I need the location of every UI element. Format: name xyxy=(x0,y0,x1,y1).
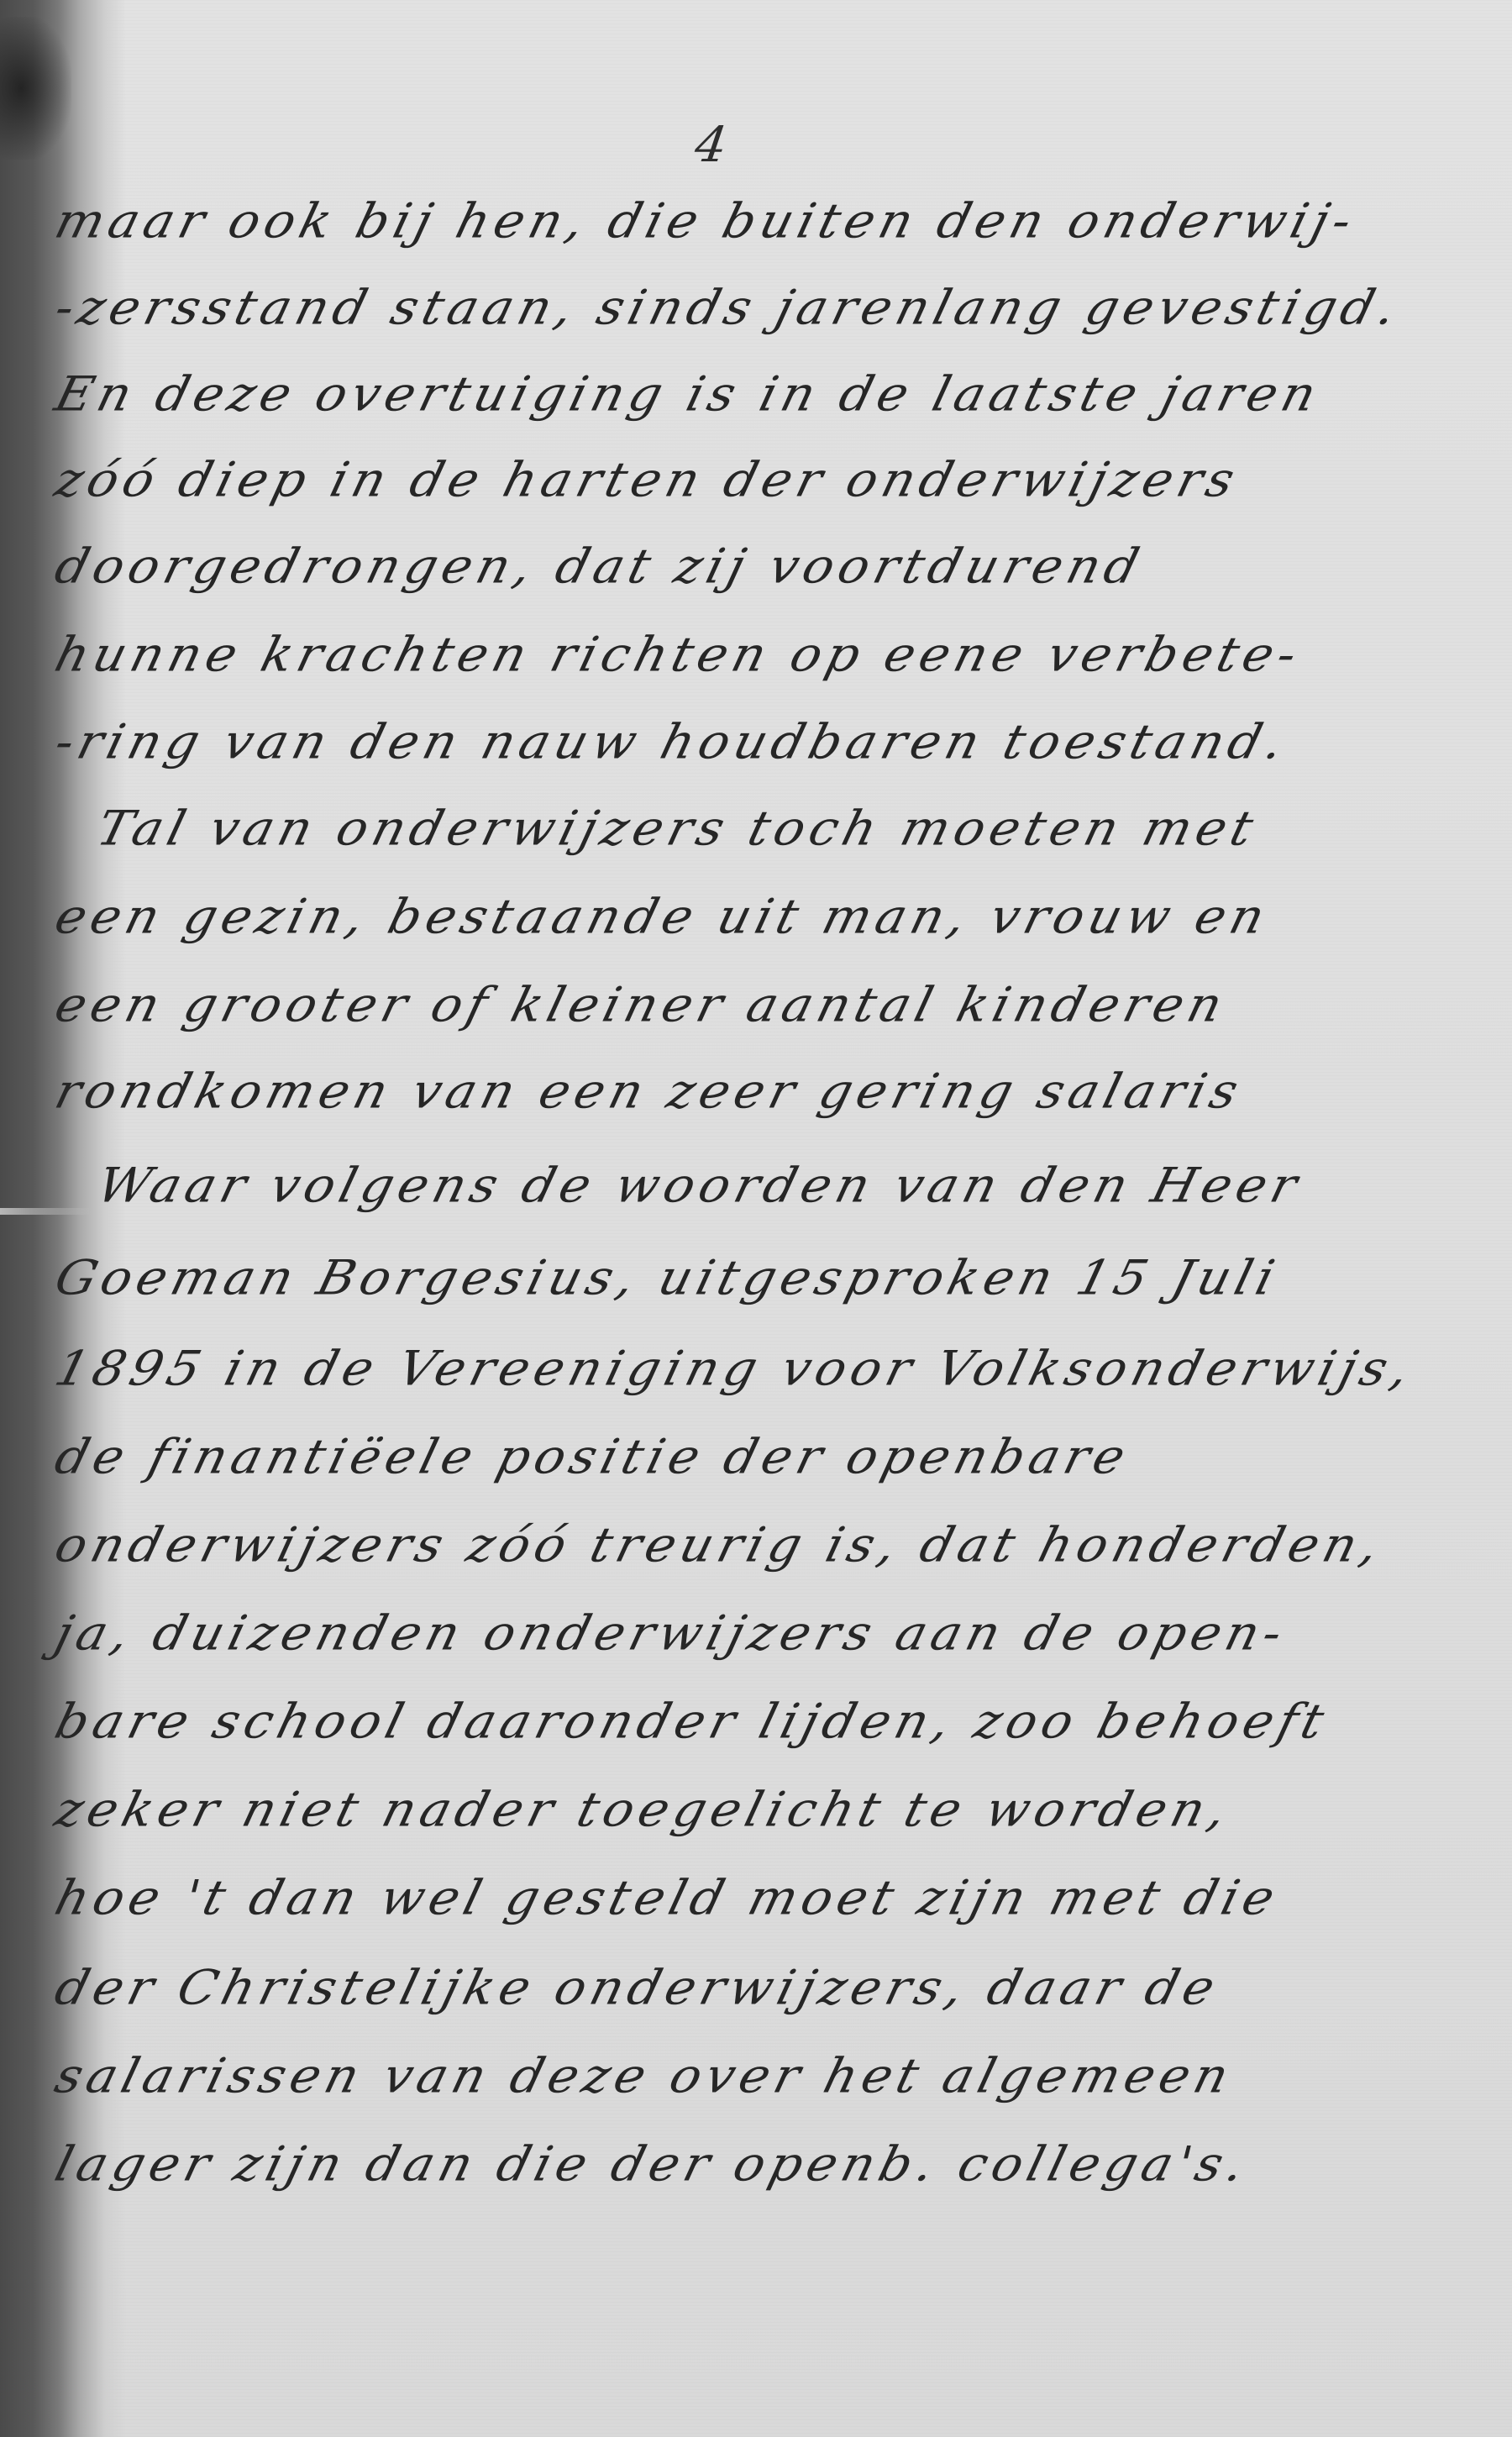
text-line: Tal van onderwijzers toch moeten met xyxy=(92,805,1263,853)
text-line: hoe 't dan wel gesteld moet zijn met die xyxy=(50,1874,1284,1922)
text-line: de finantiëele positie der openbare xyxy=(50,1433,1135,1481)
text-line: En deze overtuiging is in de laatste jar… xyxy=(50,370,1326,418)
text-line: hunne krachten richten op eene verbete- xyxy=(50,631,1306,679)
binding-crease xyxy=(0,1208,92,1215)
text-line: -zersstand staan, sinds jarenlang gevest… xyxy=(50,284,1406,332)
text-line: lager zijn dan die der openb. collega's. xyxy=(50,2140,1254,2188)
binding-stain xyxy=(0,17,71,160)
text-line: Goeman Borgesius, uitgesproken 15 Juli xyxy=(50,1254,1284,1302)
text-line: ja, duizenden onderwijzers aan de open- xyxy=(50,1610,1292,1657)
text-line: der Christelijke onderwijzers, daar de xyxy=(50,1964,1225,2012)
manuscript-page: 4 maar ook bij hen, die buiten den onder… xyxy=(0,0,1512,2437)
page-number: 4 xyxy=(691,116,730,173)
text-line: onderwijzers zóó treurig is, dat honderd… xyxy=(50,1521,1389,1569)
text-line: doorgedrongen, dat zij voortdurend xyxy=(50,543,1148,591)
text-line: Waar volgens de woorden van den Heer xyxy=(92,1162,1307,1210)
text-line: zóó diep in de harten der onderwijzers xyxy=(50,456,1244,504)
text-line: 1895 in de Vereeniging voor Volksonderwi… xyxy=(50,1345,1419,1393)
text-line: zeker niet nader toegelicht te worden, xyxy=(50,1786,1236,1834)
text-line: rondkomen van een zeer gering salaris xyxy=(50,1068,1247,1116)
text-line: bare school daaronder lijden, zoo behoef… xyxy=(50,1698,1333,1746)
text-line: een gezin, bestaande uit man, vrouw en xyxy=(50,893,1274,941)
text-line: een grooter of kleiner aantal kinderen xyxy=(50,981,1231,1029)
text-line: -ring van den nauw houdbaren toestand. xyxy=(50,718,1293,766)
text-line: salarissen van deze over het algemeen xyxy=(50,2052,1238,2100)
text-line: maar ook bij hen, die buiten den onderwi… xyxy=(50,197,1361,245)
